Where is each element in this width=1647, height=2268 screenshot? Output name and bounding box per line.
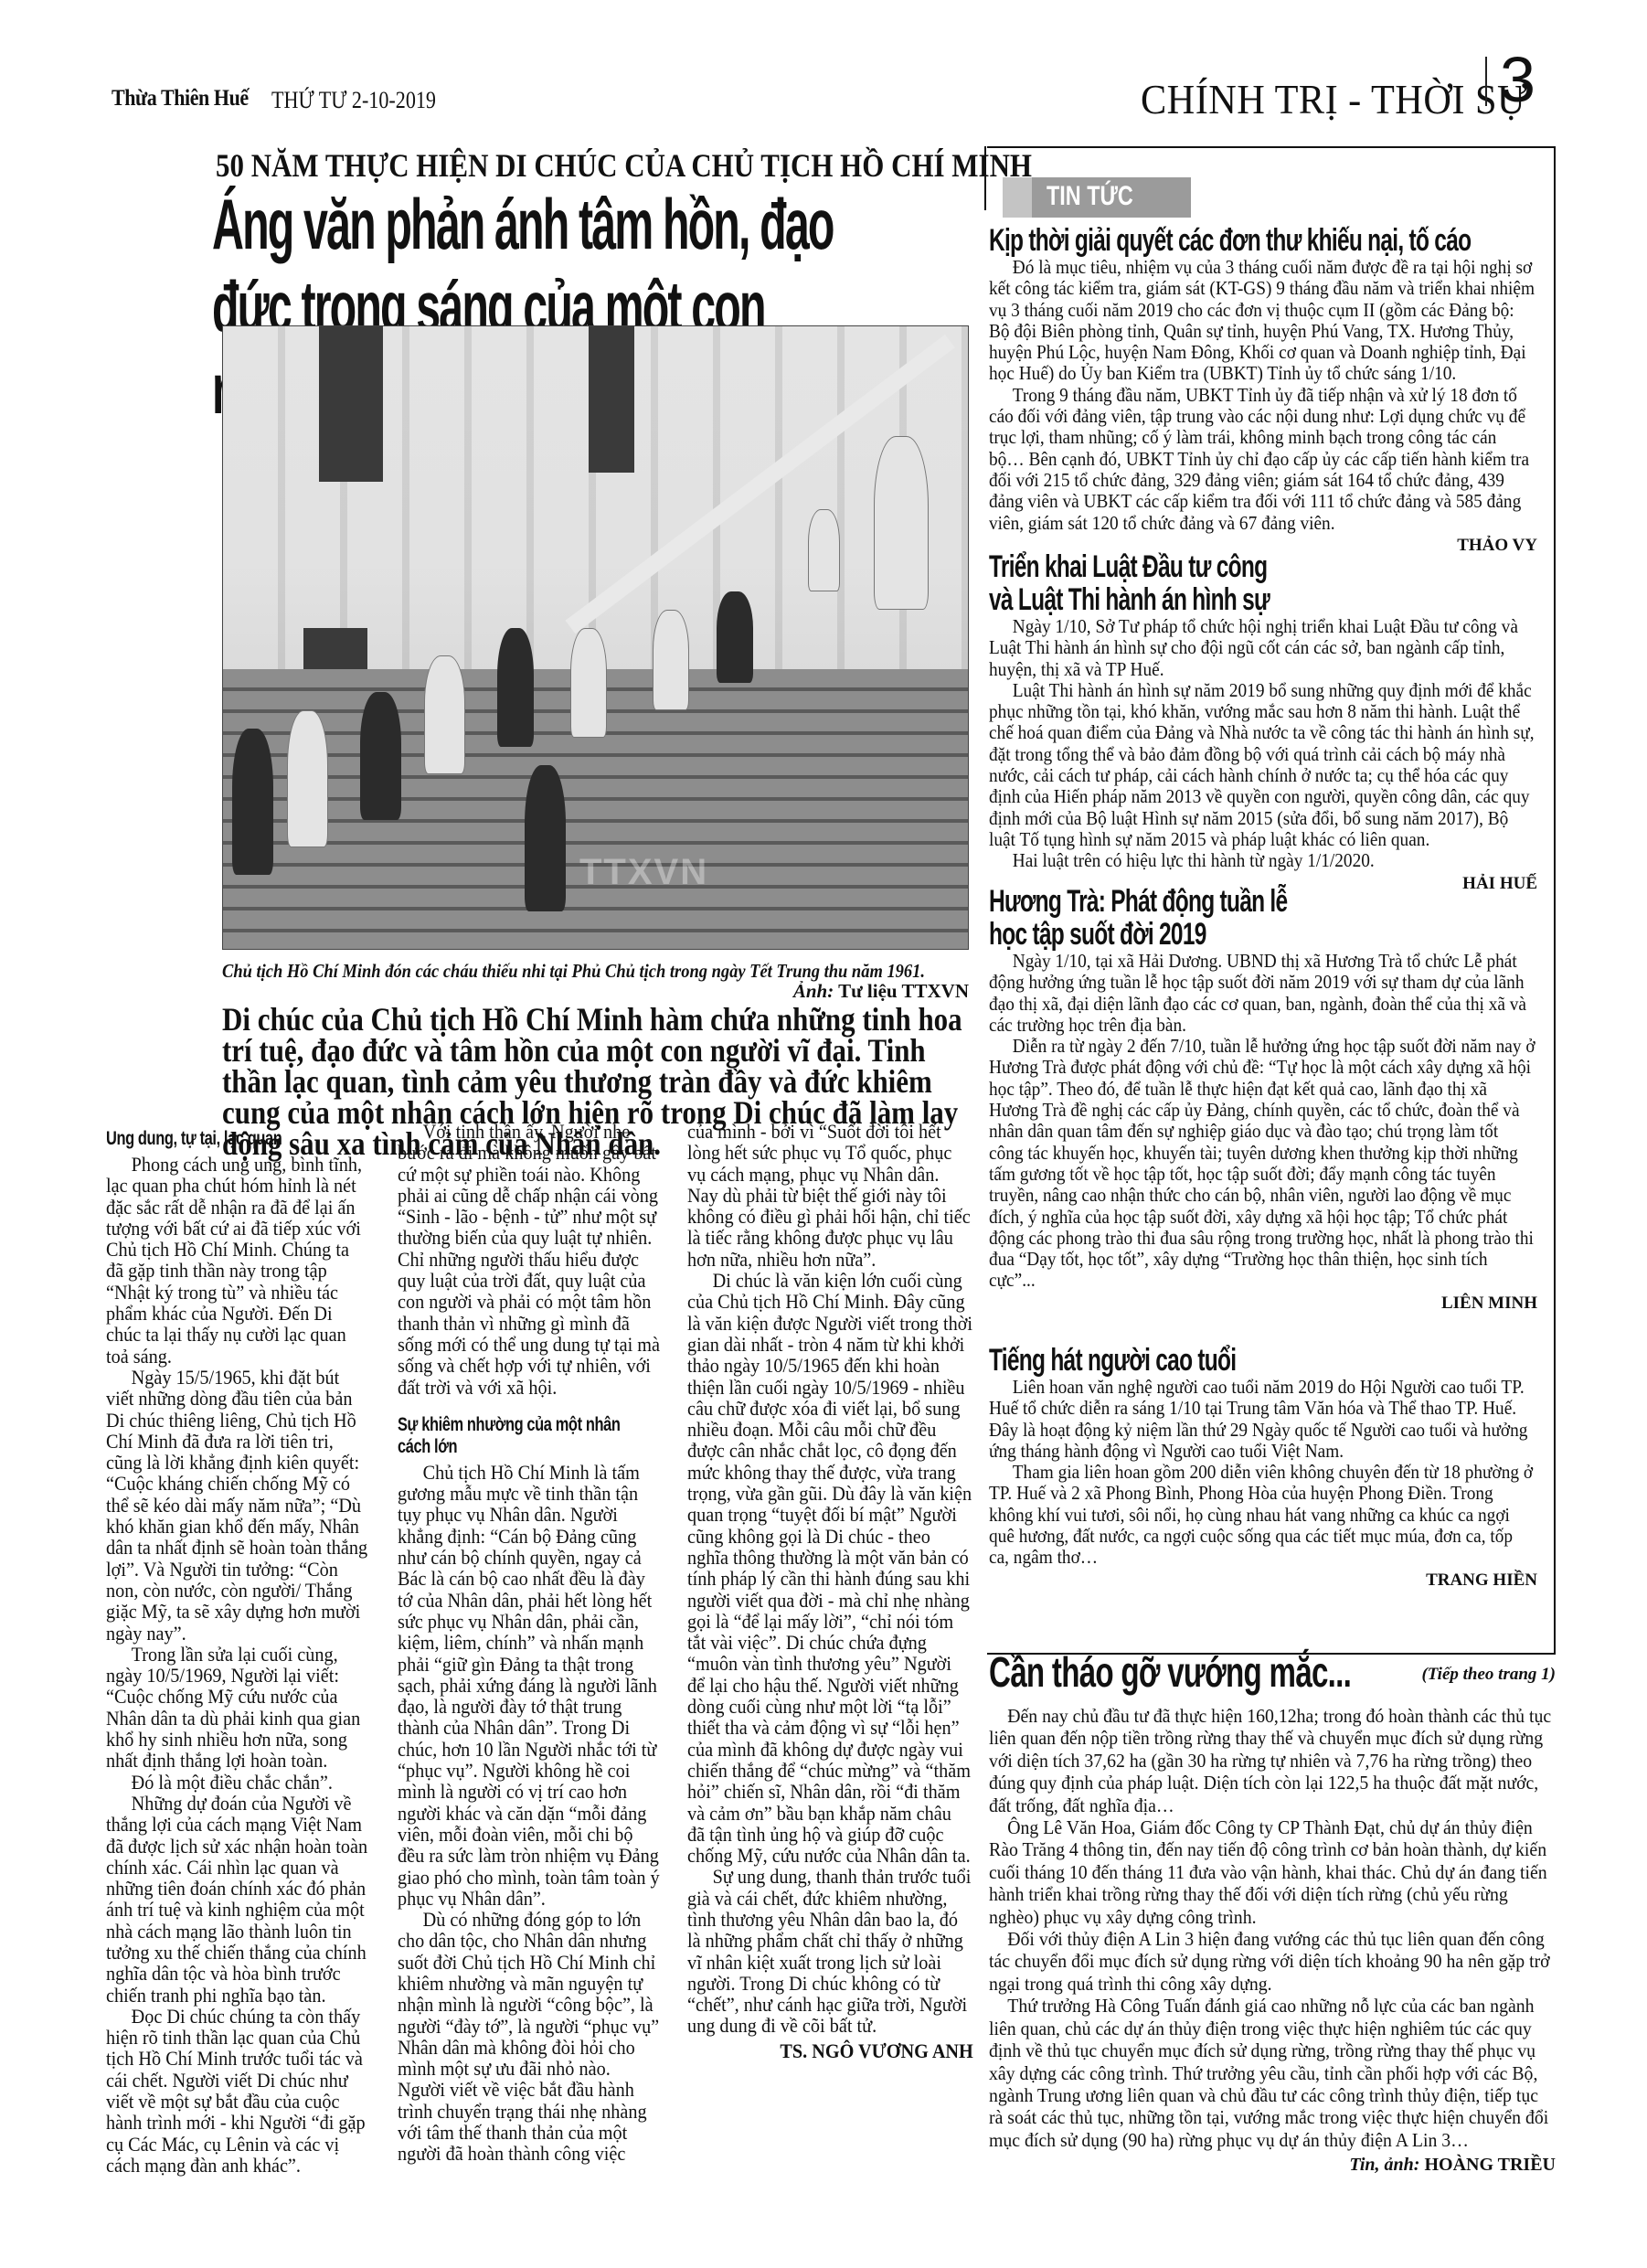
subheading: Sự khiêm nhường của một nhân cách lớn xyxy=(398,1414,622,1458)
article-kicker: 50 NĂM THỰC HIỆN DI CHÚC CỦA CHỦ TỊCH HỒ… xyxy=(216,146,1032,185)
photo-window xyxy=(319,326,383,482)
news-title-line-2: và Luật Thi hành án hình sự xyxy=(989,583,1384,616)
byline-name: HOÀNG TRIỀU xyxy=(1424,2155,1556,2175)
paragraph: Trong lần sửa lại cuối cùng, ngày 10/5/1… xyxy=(106,1644,371,1772)
paragraph: Dù có những đóng góp to lớn cho dân tộc,… xyxy=(398,1909,663,2165)
photo-figure xyxy=(360,692,401,820)
news-title: Kịp thời giải quyết các đơn thư khiếu nạ… xyxy=(989,224,1384,257)
continued-byline: Tin, ảnh: HOÀNG TRIỀU xyxy=(989,2155,1556,2176)
news-body: Ngày 1/10, tại xã Hải Dương. UBND thị xã… xyxy=(989,951,1535,1292)
photo-credit-source: Tư liệu TTXVN xyxy=(838,980,969,1002)
photo-figure xyxy=(497,628,534,747)
paragraph: Hai luật trên có hiệu lực thi hành từ ng… xyxy=(989,850,1535,871)
paragraph: Diễn ra từ ngày 2 đến 7/10, tuần lễ hưởn… xyxy=(989,1036,1535,1292)
paragraph: Ngày 15/5/1965, khi đặt bút viết những d… xyxy=(106,1367,371,1644)
paragraph: Ông Lê Văn Hoa, Giám đốc Công ty CP Thàn… xyxy=(989,1816,1554,1928)
news-item: Triển khai Luật Đầu tư công và Luật Thi … xyxy=(989,550,1537,894)
photo-figure xyxy=(570,628,607,738)
paragraph: Trong 9 tháng đầu năm, UBKT Tỉnh ủy đã t… xyxy=(989,385,1535,534)
paragraph: Đối với thủy điện A Lin 3 hiện đang vướn… xyxy=(989,1928,1554,1995)
paragraph: Chủ tịch Hồ Chí Minh là tấm gương mẫu mự… xyxy=(398,1462,663,1909)
paragraph: Đó là mục tiêu, nhiệm vụ của 3 tháng cuố… xyxy=(989,257,1535,385)
article-column-1: Ung dung, tự tại, lạc quan Phong cách un… xyxy=(106,1124,371,2176)
paragraph: Những dự đoán của Người về thắng lợi của… xyxy=(106,1793,371,2006)
article-column-3: của mình - bởi vì “Suốt đời tôi hết lòng… xyxy=(687,1121,973,2061)
news-title-line-1: Hương Trà: Phát động tuần lễ xyxy=(989,885,1384,918)
paragraph: Thứ trưởng Hà Công Tuấn đánh giá cao nhữ… xyxy=(989,1995,1554,2151)
paragraph: Di chúc là văn kiện lớn cuối cùng của Ch… xyxy=(687,1270,973,1866)
news-item: Hương Trà: Phát động tuần lễ học tập suố… xyxy=(989,885,1537,1314)
news-byline: TRANG HIỀN xyxy=(989,1571,1537,1591)
news-box-label: TIN TỨC xyxy=(1003,177,1191,218)
continued-body: Đến nay chủ đầu tư đã thực hiện 160,12ha… xyxy=(989,1705,1554,2151)
paragraph: của mình - bởi vì “Suốt đời tôi hết lòng… xyxy=(687,1121,973,1270)
photo-figure xyxy=(653,610,689,710)
article-column-2: Với tinh thần ấy, Người nhẹ bước ra đi m… xyxy=(398,1121,663,2165)
photo-credit-label: Ảnh: xyxy=(793,980,834,1002)
masthead: Thừa Thiên Huế xyxy=(112,86,249,112)
news-item: Tiếng hát người cao tuổi Liên hoan văn n… xyxy=(989,1344,1537,1591)
photo-figure xyxy=(424,655,465,774)
continued-article: Cần tháo gỡ vướng mắc... (Tiếp theo tran… xyxy=(989,1648,1556,2176)
news-body: Ngày 1/10, Sở Tư pháp tổ chức hội nghị t… xyxy=(989,616,1535,872)
photo-figure xyxy=(525,765,566,911)
paragraph: Phong cách ung ung, bình tĩnh, lạc quan … xyxy=(106,1154,371,1367)
photo-figure xyxy=(874,436,929,610)
label-tab xyxy=(1003,177,1032,218)
header-divider xyxy=(1485,57,1487,106)
continued-note: (Tiếp theo trang 1) xyxy=(1421,1665,1556,1685)
photo-figure xyxy=(287,710,328,847)
issue-date: THỨ TƯ 2-10-2019 xyxy=(271,87,436,114)
news-body: Liên hoan văn nghệ người cao tuổi năm 20… xyxy=(989,1377,1535,1569)
photo-figure xyxy=(808,509,840,591)
continued-title: Cần tháo gỡ vướng mắc... xyxy=(989,1648,1397,1696)
article-byline: TS. NGÔ VƯƠNG ANH xyxy=(687,2040,973,2061)
page-number: 3 xyxy=(1500,48,1535,112)
news-item: Kịp thời giải quyết các đơn thư khiếu nạ… xyxy=(989,224,1537,556)
news-title-line-1: Triển khai Luật Đầu tư công xyxy=(989,550,1384,583)
paragraph: Đến nay chủ đầu tư đã thực hiện 160,12ha… xyxy=(989,1705,1554,1816)
section-title: CHÍNH TRỊ - THỜI SỰ xyxy=(1141,75,1527,123)
paragraph: Tham gia liên hoan gồm 200 diễn viên khô… xyxy=(989,1462,1535,1568)
photo-figure xyxy=(232,729,273,875)
paragraph: Liên hoan văn nghệ người cao tuổi năm 20… xyxy=(989,1377,1535,1462)
paragraph: Sự ung dung, thanh thản trước tuổi già v… xyxy=(687,1866,973,2036)
subheading: Ung dung, tự tại, lạc quan xyxy=(106,1128,331,1150)
paragraph: Ngày 1/10, tại xã Hải Dương. UBND thị xã… xyxy=(989,951,1535,1036)
paragraph: Đọc Di chúc chúng ta còn thấy hiện rõ ti… xyxy=(106,2006,371,2176)
photo-credit: Ảnh: Tư liệu TTXVN xyxy=(713,980,969,1003)
news-title: Tiếng hát người cao tuổi xyxy=(989,1344,1384,1377)
photo-figure xyxy=(717,591,753,683)
article-photo: TTXVN xyxy=(222,325,969,950)
paragraph: Với tinh thần ấy, Người nhẹ bước ra đi m… xyxy=(398,1121,663,1398)
paragraph: Đó là một điều chắc chắn”. xyxy=(106,1772,371,1793)
news-byline: LIÊN MINH xyxy=(989,1294,1537,1314)
photo-watermark: TTXVN xyxy=(579,852,708,893)
paragraph: Ngày 1/10, Sở Tư pháp tổ chức hội nghị t… xyxy=(989,616,1535,680)
paragraph: Luật Thi hành án hình sự năm 2019 bổ sun… xyxy=(989,680,1535,850)
news-label-text: TIN TỨC xyxy=(1047,181,1133,212)
photo-window xyxy=(589,326,634,473)
news-title-line-2: học tập suốt đời 2019 xyxy=(989,918,1384,951)
byline-label: Tin, ảnh: xyxy=(1349,2155,1419,2175)
news-body: Đó là mục tiêu, nhiệm vụ của 3 tháng cuố… xyxy=(989,257,1535,534)
